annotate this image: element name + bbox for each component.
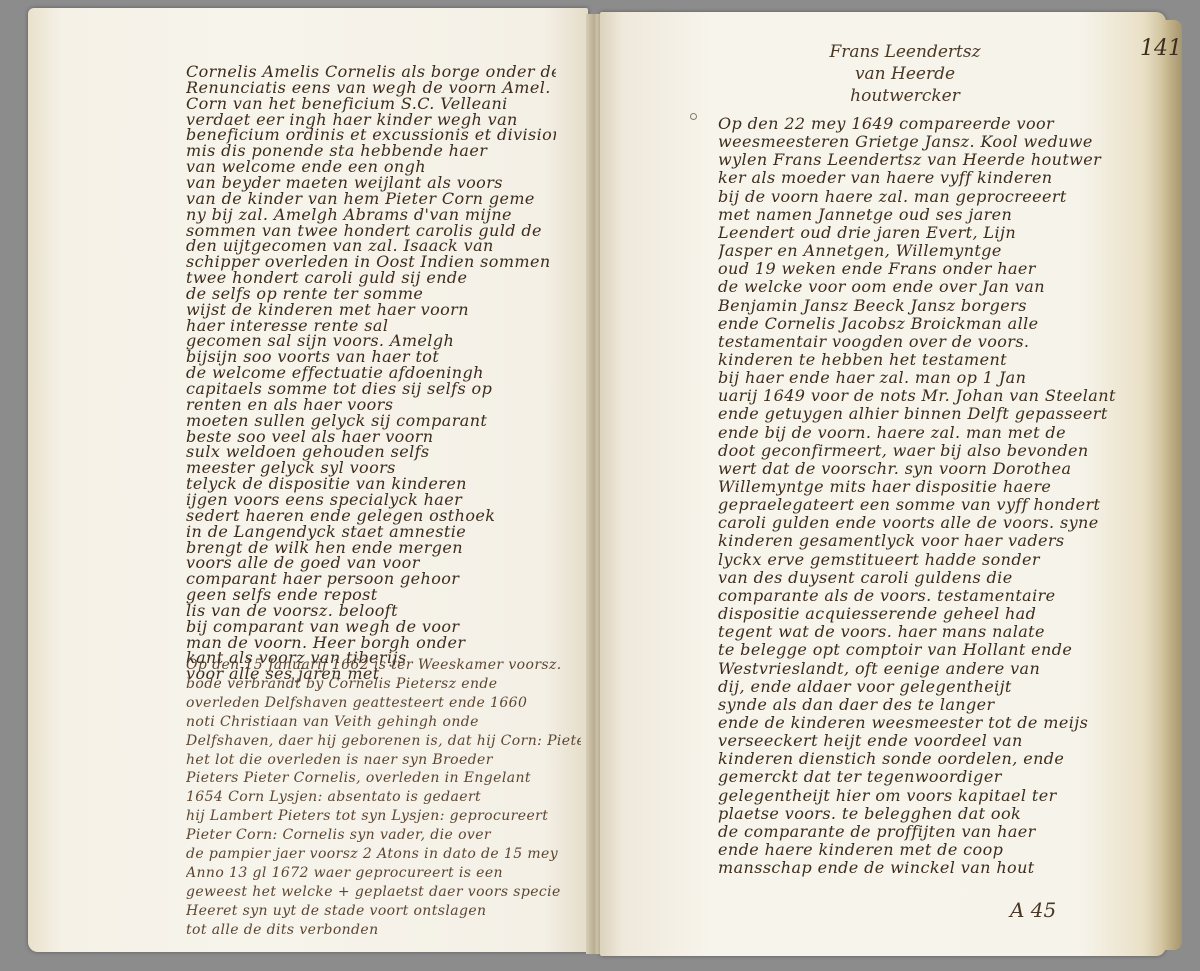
manuscript-line: wylen Frans Leendertsz van Heerde houtwe… [718, 150, 1148, 169]
annotation-line: tot alle de dits verbonden [186, 922, 581, 938]
manuscript-line: Leendert oud drie jaren Evert, Lijn [718, 223, 1148, 242]
manuscript-line: doot geconfirmeert, waer bij also bevond… [718, 441, 1148, 460]
entry-heading-line-1: Frans Leendertsz [790, 42, 1020, 62]
annotation-line: noti Christiaan van Veith gehingh onde [186, 714, 581, 730]
annotation-line: overleden Delfshaven geattesteert ende 1… [186, 695, 581, 711]
manuscript-line: ende de kinderen weesmeester tot de meij… [718, 713, 1148, 732]
manuscript-line: comparante als de voors. testamentaire [718, 586, 1148, 605]
manuscript-line: testamentair voogden over de voors. [718, 332, 1148, 351]
manuscript-line: weesmeesteren Grietge Jansz. Kool weduwe [718, 132, 1148, 151]
manuscript-line: de welcke voor oom ende over Jan van [718, 277, 1148, 296]
annotation-line: Delfshaven, daer hij geborenen is, dat h… [186, 733, 581, 749]
manuscript-line: verseeckert heijt ende voordeel van [718, 731, 1148, 750]
annotation-line: bode verbrandt by Cornelis Pietersz ende [186, 676, 581, 692]
manuscript-line: ende bij de voorn. haere zal. man met de [718, 423, 1148, 442]
manuscript-line: met namen Jannetge oud ses jaren [718, 205, 1148, 224]
manuscript-line: de comparante de proffijten van haer [718, 822, 1148, 841]
annotation-line: Heeret syn uyt de stade voort ontslagen [186, 903, 581, 919]
manuscript-line: Willemyntge mits haer dispositie haere [718, 477, 1148, 496]
manuscript-line: gelegentheijt hier om voors kapitael ter [718, 786, 1148, 805]
manuscript-line: lyckx erve gemstitueert hadde sonder [718, 550, 1148, 569]
manuscript-line: dij, ende aldaer voor gelegentheijt [718, 677, 1148, 696]
manuscript-line: dispositie acquiesserende geheel had [718, 604, 1148, 623]
signature-mark: A 45 [1010, 898, 1056, 922]
annotation-line: Pieters Pieter Cornelis, overleden in En… [186, 770, 581, 786]
manuscript-line: Jasper en Annetgen, Willemyntge [718, 241, 1148, 260]
manuscript-line: synde als dan daer des te langer [718, 695, 1148, 714]
manuscript-line: gepraelegateert een somme van vyff honde… [718, 495, 1148, 514]
manuscript-line: bij haer ende haer zal. man op 1 Jan [718, 368, 1148, 387]
manuscript-line: plaetse voors. te belegghen dat ook [718, 804, 1148, 823]
manuscript-line: ende getuygen alhier binnen Delft gepass… [718, 404, 1148, 423]
manuscript-line: caroli gulden ende voorts alle de voors.… [718, 513, 1148, 532]
manuscript-line: te belegge opt comptoir van Hollant ende [718, 640, 1148, 659]
annotation-line: het lot die overleden is naer syn Broede… [186, 752, 581, 768]
manuscript-line: gemerckt dat ter tegenwoordiger [718, 767, 1148, 786]
manuscript-line: Op den 22 mey 1649 compareerde voor [718, 114, 1148, 133]
manuscript-line: tegent wat de voors. haer mans nalate [718, 622, 1148, 641]
manuscript-line: Westvrieslandt, oft eenige andere van [718, 659, 1148, 678]
manuscript-line: ende Cornelis Jacobsz Broickman alle [718, 314, 1148, 333]
manuscript-line: wert dat de voorschr. syn voorn Dorothea [718, 459, 1148, 478]
margin-mark-icon [690, 113, 697, 120]
manuscript-line: kinderen dienstich sonde oordelen, ende [718, 749, 1148, 768]
manuscript-line: kinderen te hebben het testament [718, 350, 1148, 369]
annotation-line: 1654 Corn Lysjen: absentato is gedaert [186, 789, 581, 805]
annotation-line: de pampier jaer voorsz 2 Atons in dato d… [186, 846, 581, 862]
entry-heading-line-3: houtwercker [790, 86, 1020, 106]
manuscript-line: ker als moeder van haere vyff kinderen [718, 168, 1148, 187]
manuscript-line: mansschap ende de winckel van hout [718, 858, 1148, 877]
annotation-line: Anno 13 gl 1672 waer geprocureert is een [186, 865, 581, 881]
open-register-book: Cornelis Amelis Cornelis als borge onder… [0, 0, 1200, 971]
manuscript-line: van des duysent caroli guldens die [718, 568, 1148, 587]
annotation-line: hij Lambert Pieters tot syn Lysjen: gepr… [186, 808, 581, 824]
annotation-line: geweest het welcke + geplaetst daer voor… [186, 884, 581, 900]
annotation-line: Op den 15 Januarij 1662 is ter Weeskamer… [186, 657, 581, 673]
manuscript-line: oud 19 weken ende Frans onder haer [718, 259, 1148, 278]
manuscript-line: kinderen gesamentlyck voor haer vaders [718, 531, 1148, 550]
folio-number: 141 [1140, 36, 1182, 61]
entry-heading-line-2: van Heerde [790, 64, 1020, 84]
manuscript-line: Benjamin Jansz Beeck Jansz borgers [718, 296, 1148, 315]
manuscript-line: ende haere kinderen met de coop [718, 840, 1148, 859]
annotation-line: Pieter Corn: Cornelis syn vader, die ove… [186, 827, 581, 843]
manuscript-line: uarij 1649 voor de nots Mr. Johan van St… [718, 386, 1148, 405]
manuscript-line: bij de voorn haere zal. man geprocreeert [718, 187, 1148, 206]
page-edge-stack [1160, 20, 1182, 950]
